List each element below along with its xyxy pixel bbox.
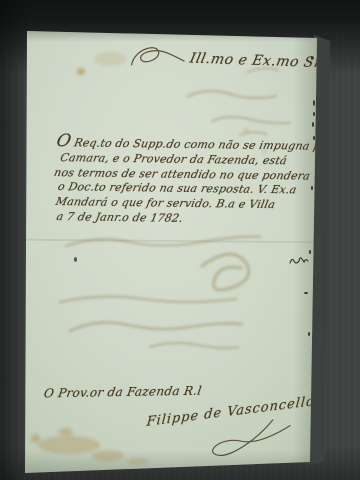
ink-speck xyxy=(309,250,311,254)
ink-speck xyxy=(74,257,77,262)
salutation-flourish-icon xyxy=(130,40,187,74)
manuscript-photo: Ill.mo e Ex.mo Snr. O Req.to do Supp.do … xyxy=(0,0,360,480)
ink-speck xyxy=(304,292,308,294)
salutation-text: Ill.mo e Ex.mo Snr. xyxy=(188,51,336,72)
freckle-stain xyxy=(243,128,249,133)
rust-spot xyxy=(77,68,85,75)
ink-speck xyxy=(313,136,315,140)
foxing-patch xyxy=(38,436,100,454)
ink-speck xyxy=(311,186,313,190)
foxing-spot xyxy=(31,434,40,443)
foxing-patch xyxy=(128,458,148,465)
ink-speck xyxy=(308,332,310,336)
ink-speck xyxy=(312,122,314,127)
faint-stain xyxy=(94,52,126,66)
ink-speck xyxy=(313,112,315,116)
foxing-patch xyxy=(58,428,73,436)
ink-speck xyxy=(311,56,313,60)
freckle-stain xyxy=(262,150,267,154)
closing-line: O Prov.or da Fazenda R.l xyxy=(43,384,203,401)
foxing-patch xyxy=(92,450,124,461)
manuscript-page: Ill.mo e Ex.mo Snr. O Req.to do Supp.do … xyxy=(0,0,360,480)
letter-body: O Req.to do Supp.do como não se impugna … xyxy=(55,134,338,229)
signature-flourish-icon xyxy=(198,418,294,464)
margin-ink-mark-icon xyxy=(289,254,309,266)
ink-speck xyxy=(313,100,315,106)
